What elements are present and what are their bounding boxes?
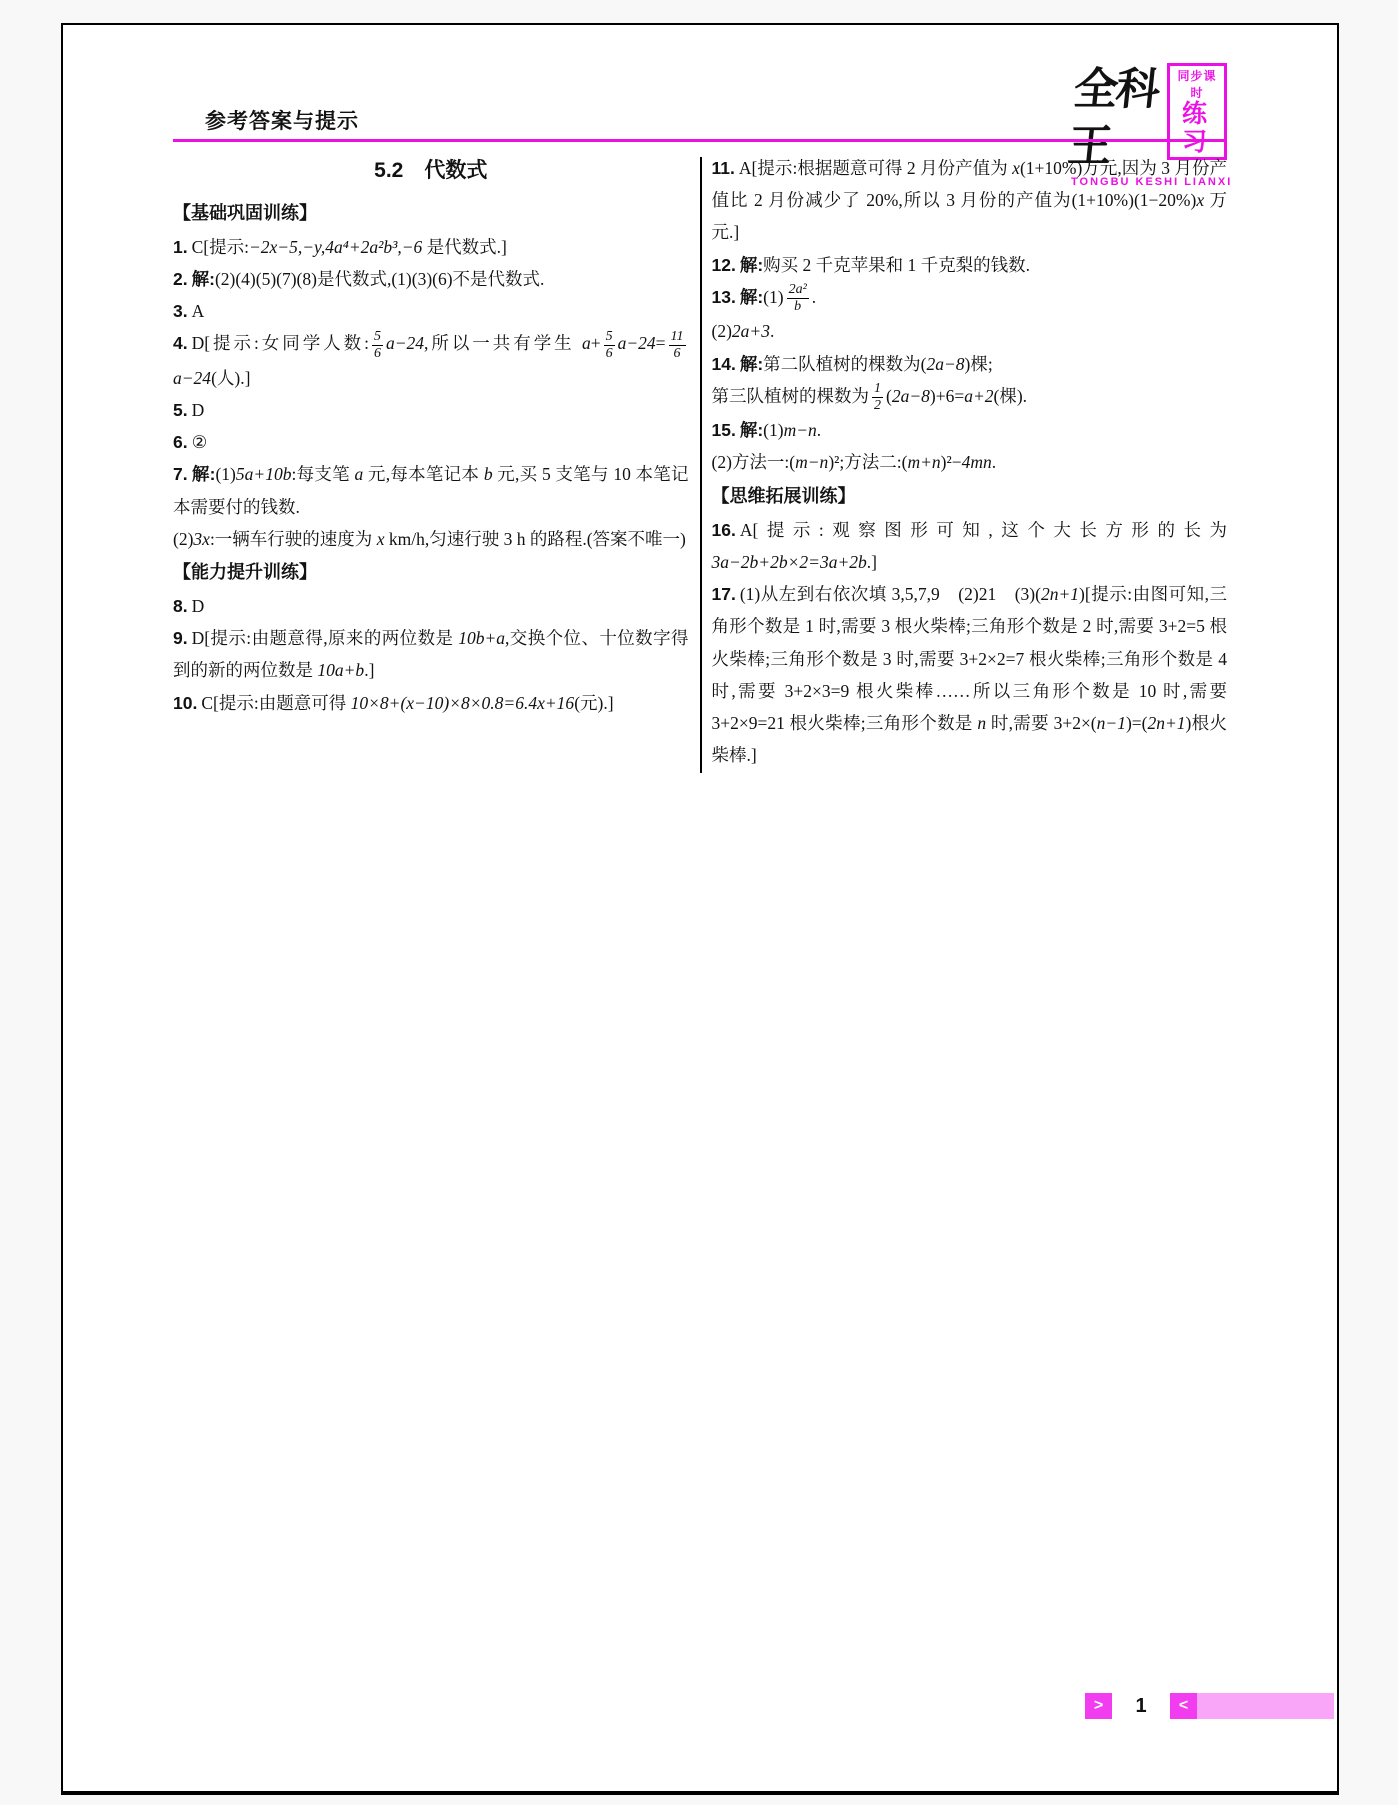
fraction: 56 [372,329,383,362]
answer-item: 9.D[提示:由题意得,原来的两位数是 10b+a,交换个位、十位数字得到的新的… [173,622,689,686]
answer-continuation: (2)方法一:(m−n)²;方法二:(m+n)²−4mn. [712,446,1228,478]
left-column: 5.2 代数式【基础巩固训练】1.C[提示:−2x−5,−y,4a⁴+2a²b³… [173,152,689,771]
page-nav-next-icon: > [1085,1693,1112,1719]
answer-item: 11.A[提示:根据题意可得 2 月份产值为 x(1+10%)万元,因为 3 月… [712,152,1228,249]
item-number: 14. [712,354,740,374]
item-number: 10. [173,693,201,713]
training-section-heading: 【思维拓展训练】 [712,480,1228,513]
page-nav-prev-icon: < [1170,1693,1197,1719]
fraction: 56 [604,329,615,362]
column-divider [700,157,702,773]
item-number: 15. [712,420,740,440]
item-number: 16. [712,520,740,540]
workbook-page: 参考答案与提示 全科王 同步课时 练习 TONGBU KESHI LIANXI … [61,23,1339,1795]
item-number: 13. [712,287,740,307]
item-number: 5. [173,400,192,420]
answer-item: 3.A [173,295,689,327]
item-number: 17. [712,584,740,604]
fraction: 116 [669,329,686,362]
page-number: 1 [1119,1693,1163,1719]
training-section-heading: 【能力提升训练】 [173,556,689,589]
item-number: 4. [173,333,192,353]
answer-item: 17.(1)从左到右依次填 3,5,7,9 (2)21 (3)(2n+1)[提示… [712,578,1228,771]
answer-item: 1.C[提示:−2x−5,−y,4a⁴+2a²b³,−6 是代数式.] [173,231,689,263]
header-rule [173,139,1227,142]
page-nav-bar: < [1170,1693,1334,1719]
item-number: 6. [173,432,192,452]
item-number: 3. [173,301,192,321]
answer-item: 15.解:(1)m−n. [712,414,1228,446]
item-number: 11. [712,158,739,178]
right-column: 11.A[提示:根据题意可得 2 月份产值为 x(1+10%)万元,因为 3 月… [712,152,1228,771]
fraction: 2a²b [787,282,809,315]
answer-item: 10.C[提示:由题意可得 10×8+(x−10)×8×0.8=6.4x+16(… [173,687,689,719]
answer-continuation: 第三队植树的棵数为12(2a−8)+6=a+2(棵). [712,380,1228,415]
brand-badge-bottom: 练习 [1175,101,1219,156]
answer-item: 8.D [173,590,689,622]
fraction: 12 [872,381,883,414]
item-number: 8. [173,596,192,616]
training-section-heading: 【基础巩固训练】 [173,197,689,230]
page-title: 参考答案与提示 [205,105,359,135]
brand-badge: 同步课时 练习 [1167,63,1227,160]
item-number: 2. [173,269,192,289]
item-number: 7. [173,464,192,484]
answer-continuation: (2)3x:一辆车行驶的速度为 x km/h,匀速行驶 3 h 的路程.(答案不… [173,523,689,555]
answer-item: 6.② [173,426,689,458]
answer-item: 14.解:第二队植树的棵数为(2a−8)棵; [712,348,1228,380]
answer-item: 7.解:(1)5a+10b:每支笔 a 元,每本笔记本 b 元,买 5 支笔与 … [173,458,689,522]
answer-continuation: (2)2a+3. [712,315,1228,347]
brand-badge-top: 同步课时 [1175,67,1219,101]
answer-item: 5.D [173,394,689,426]
section-title: 5.2 代数式 [173,152,689,191]
answer-item: 2.解:(2)(4)(5)(7)(8)是代数式,(1)(3)(6)不是代数式. [173,263,689,295]
item-number: 9. [173,628,192,648]
answer-item: 13.解:(1)2a²b. [712,281,1228,316]
item-number: 12. [712,255,740,275]
answer-item: 16.A[提示:观察图形可知,这个大长方形的长为 3a−2b+2b×2=3a+2… [712,514,1228,578]
answer-item: 4.D[提示:女同学人数:56a−24,所以一共有学生 a+56a−24=116… [173,327,689,394]
answer-item: 12.解:购买 2 千克苹果和 1 千克梨的钱数. [712,249,1228,281]
item-number: 1. [173,237,192,257]
